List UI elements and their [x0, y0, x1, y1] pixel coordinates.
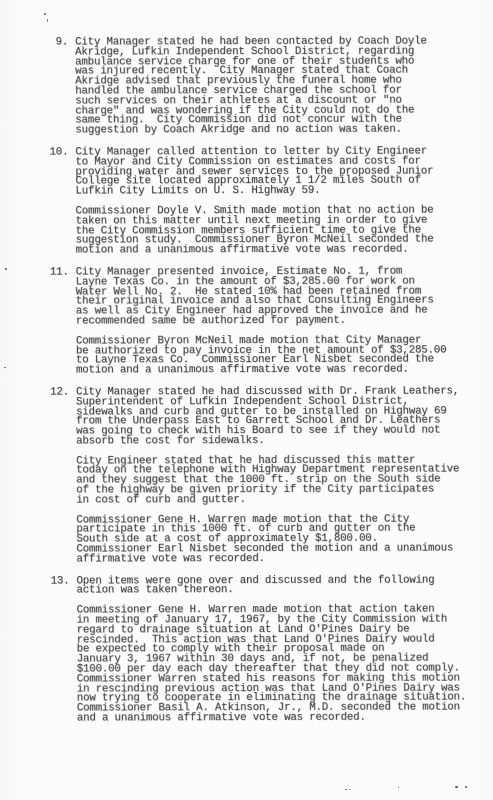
scanned-minutes-page: 9. City Manager stated he had been conta… — [0, 0, 493, 800]
minutes-paragraph: Commissioner Doyle V. Smith made motion … — [76, 206, 473, 256]
item-number: 10. — [42, 148, 68, 158]
scan-speck — [455, 786, 458, 788]
minutes-paragraph: City Manager called attention to letter … — [75, 147, 472, 197]
minutes-paragraph: City Manager stated he had been contacte… — [75, 37, 472, 136]
scan-speck — [465, 786, 467, 788]
scan-speck — [349, 789, 350, 790]
minutes-paragraph: City Manager presented invoice, Estimate… — [76, 267, 473, 327]
item-number: 11. — [43, 268, 69, 278]
minutes-paragraph: City Manager stated he had discussed wit… — [76, 387, 473, 447]
item-number: 9. — [42, 38, 68, 48]
minutes-item-13: 13. Open items were gone over and discus… — [43, 576, 473, 724]
minutes-paragraph: Open items were gone over and discussed … — [76, 576, 473, 597]
item-number: 13. — [43, 577, 69, 587]
minutes-text-block: 9. City Manager stated he had been conta… — [42, 37, 474, 736]
item-number: 12. — [43, 388, 69, 398]
scan-speck — [4, 367, 6, 368]
item-body: City Manager presented invoice, Estimate… — [76, 267, 473, 376]
scan-speck — [5, 268, 7, 270]
minutes-item-12: 12. City Manager stated he had discussed… — [43, 387, 473, 565]
item-body: City Manager stated he had discussed wit… — [76, 387, 473, 565]
minutes-paragraph: City Engineer stated that he had discuss… — [76, 456, 473, 506]
scan-speck — [345, 789, 347, 790]
minutes-item-10: 10. City Manager called attention to let… — [42, 147, 472, 256]
minutes-paragraph: Commissioner Gene H. Warren made motion … — [76, 515, 473, 565]
minutes-item-9: 9. City Manager stated he had been conta… — [42, 37, 472, 136]
minutes-paragraph: Commissioner Byron McNeil made motion th… — [76, 336, 473, 376]
scan-speck — [44, 13, 46, 15]
item-body: City Manager called attention to letter … — [75, 147, 472, 256]
item-body: Open items were gone over and discussed … — [76, 576, 473, 724]
minutes-item-11: 11. City Manager presented invoice, Esti… — [43, 267, 473, 376]
item-body: City Manager stated he had been contacte… — [75, 37, 472, 136]
scan-speck — [47, 19, 48, 22]
minutes-paragraph: Commissioner Gene H. Warren made motion … — [77, 606, 474, 725]
scan-speck — [398, 787, 399, 788]
